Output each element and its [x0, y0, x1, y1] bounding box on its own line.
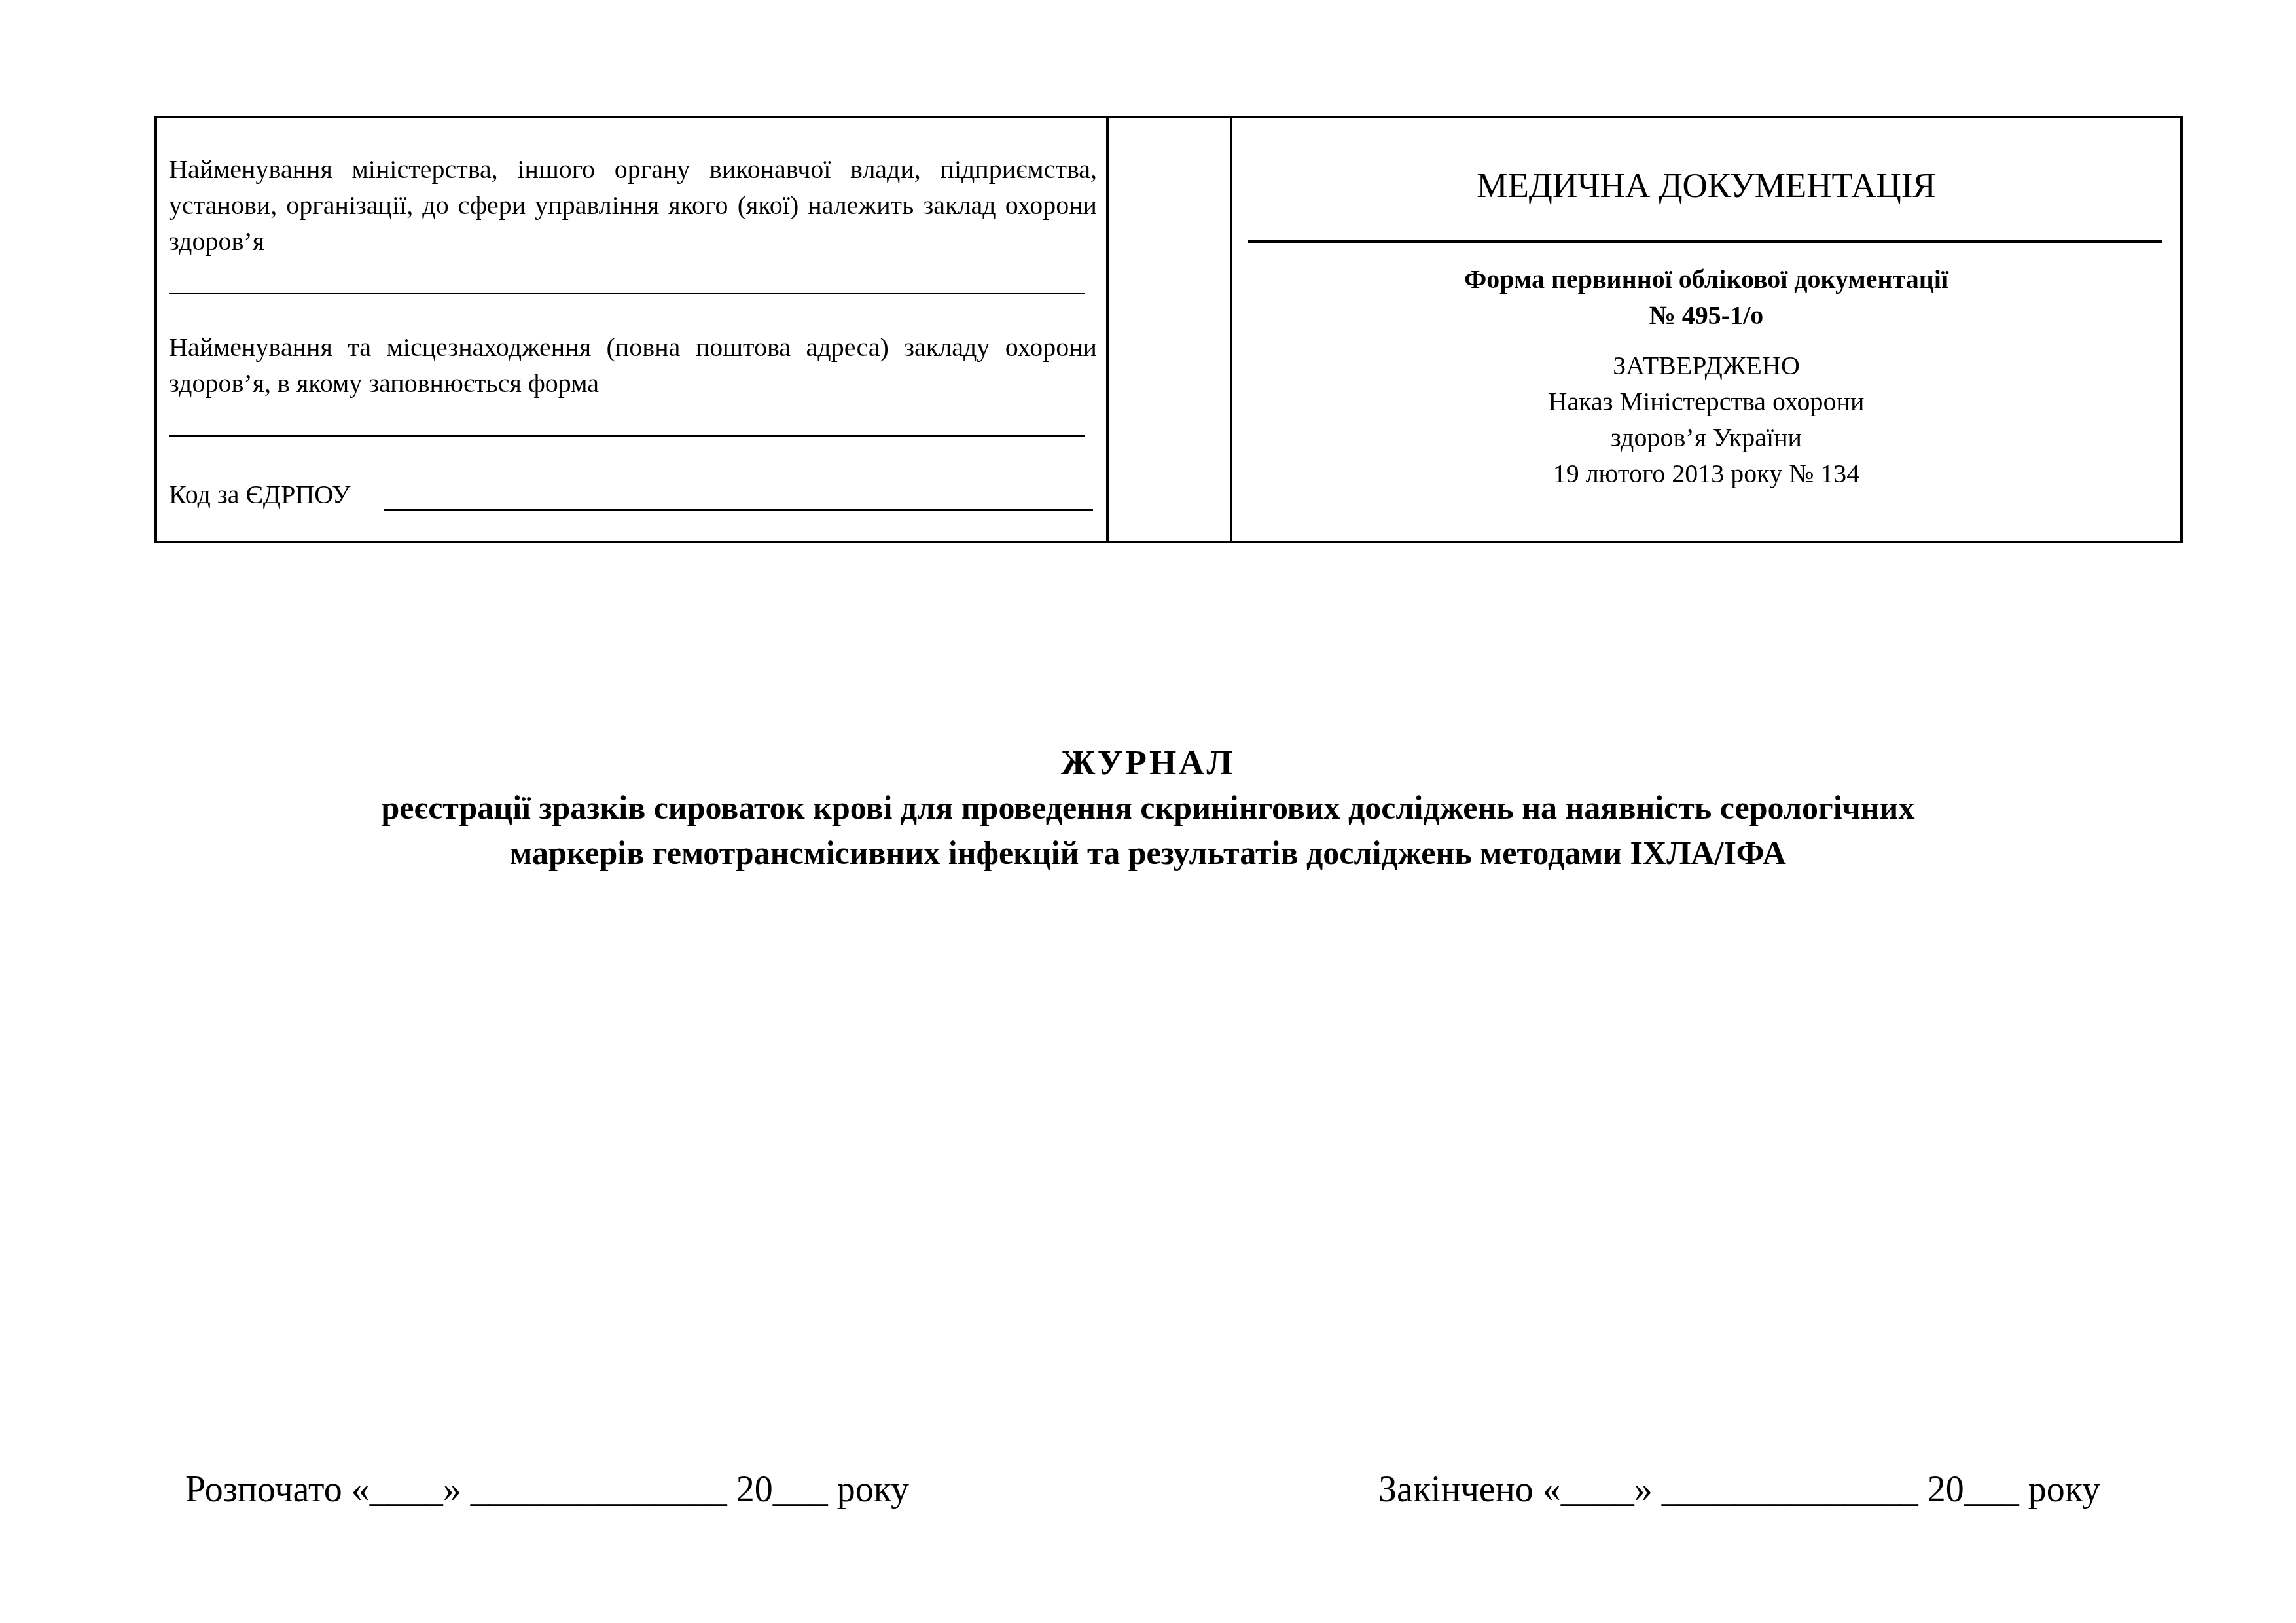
- form-title-text: Форма первинної облікової документації: [1232, 261, 2180, 297]
- journal-subtitle-line-1: реєстрації зразків сироваток крові для п…: [0, 784, 2296, 832]
- order-line-2: здоров’я України: [1232, 419, 2180, 455]
- form-number: № 495-1/о: [1232, 297, 2180, 333]
- form-identity-cell: МЕДИЧНА ДОКУМЕНТАЦІЯ Форма первинної обл…: [1232, 118, 2180, 541]
- form-header-table: Найменування міністерства, іншого органу…: [154, 116, 2183, 543]
- approved-label: ЗАТВЕРДЖЕНО: [1232, 348, 2180, 383]
- order-line-1: Наказ Міністерства охорони: [1232, 383, 2180, 419]
- blank-cell: [1109, 118, 1230, 541]
- edrpou-label: Код за ЄДРПОУ: [169, 476, 350, 512]
- start-date-field[interactable]: Розпочато «____» ______________ 20___ ро…: [185, 1463, 909, 1516]
- ministry-label: Найменування міністерства, іншого органу…: [169, 151, 1097, 259]
- journal-subtitle-line-2: маркерів гемотрансмісивних інфекцій та р…: [0, 829, 2296, 877]
- institution-info-cell: Найменування міністерства, іншого органу…: [169, 118, 1097, 541]
- heading-divider: [1248, 240, 2162, 243]
- facility-name-field[interactable]: [169, 435, 1085, 437]
- journal-title: ЖУРНАЛ: [0, 740, 2296, 787]
- end-date-field[interactable]: Закінчено «____» ______________ 20___ ро…: [1378, 1463, 2100, 1516]
- facility-label: Найменування та місцезнаходження (повна …: [169, 329, 1097, 401]
- edrpou-code-field[interactable]: [384, 509, 1093, 511]
- approval-block: ЗАТВЕРДЖЕНО Наказ Міністерства охорони з…: [1232, 348, 2180, 491]
- ministry-name-field[interactable]: [169, 293, 1085, 294]
- form-title: Форма первинної облікової документації №…: [1232, 261, 2180, 333]
- medical-documentation-heading: МЕДИЧНА ДОКУМЕНТАЦІЯ: [1232, 163, 2180, 209]
- journal-title-block: ЖУРНАЛ реєстрації зразків сироваток кров…: [0, 740, 2296, 877]
- order-date: 19 лютого 2013 року № 134: [1232, 455, 2180, 491]
